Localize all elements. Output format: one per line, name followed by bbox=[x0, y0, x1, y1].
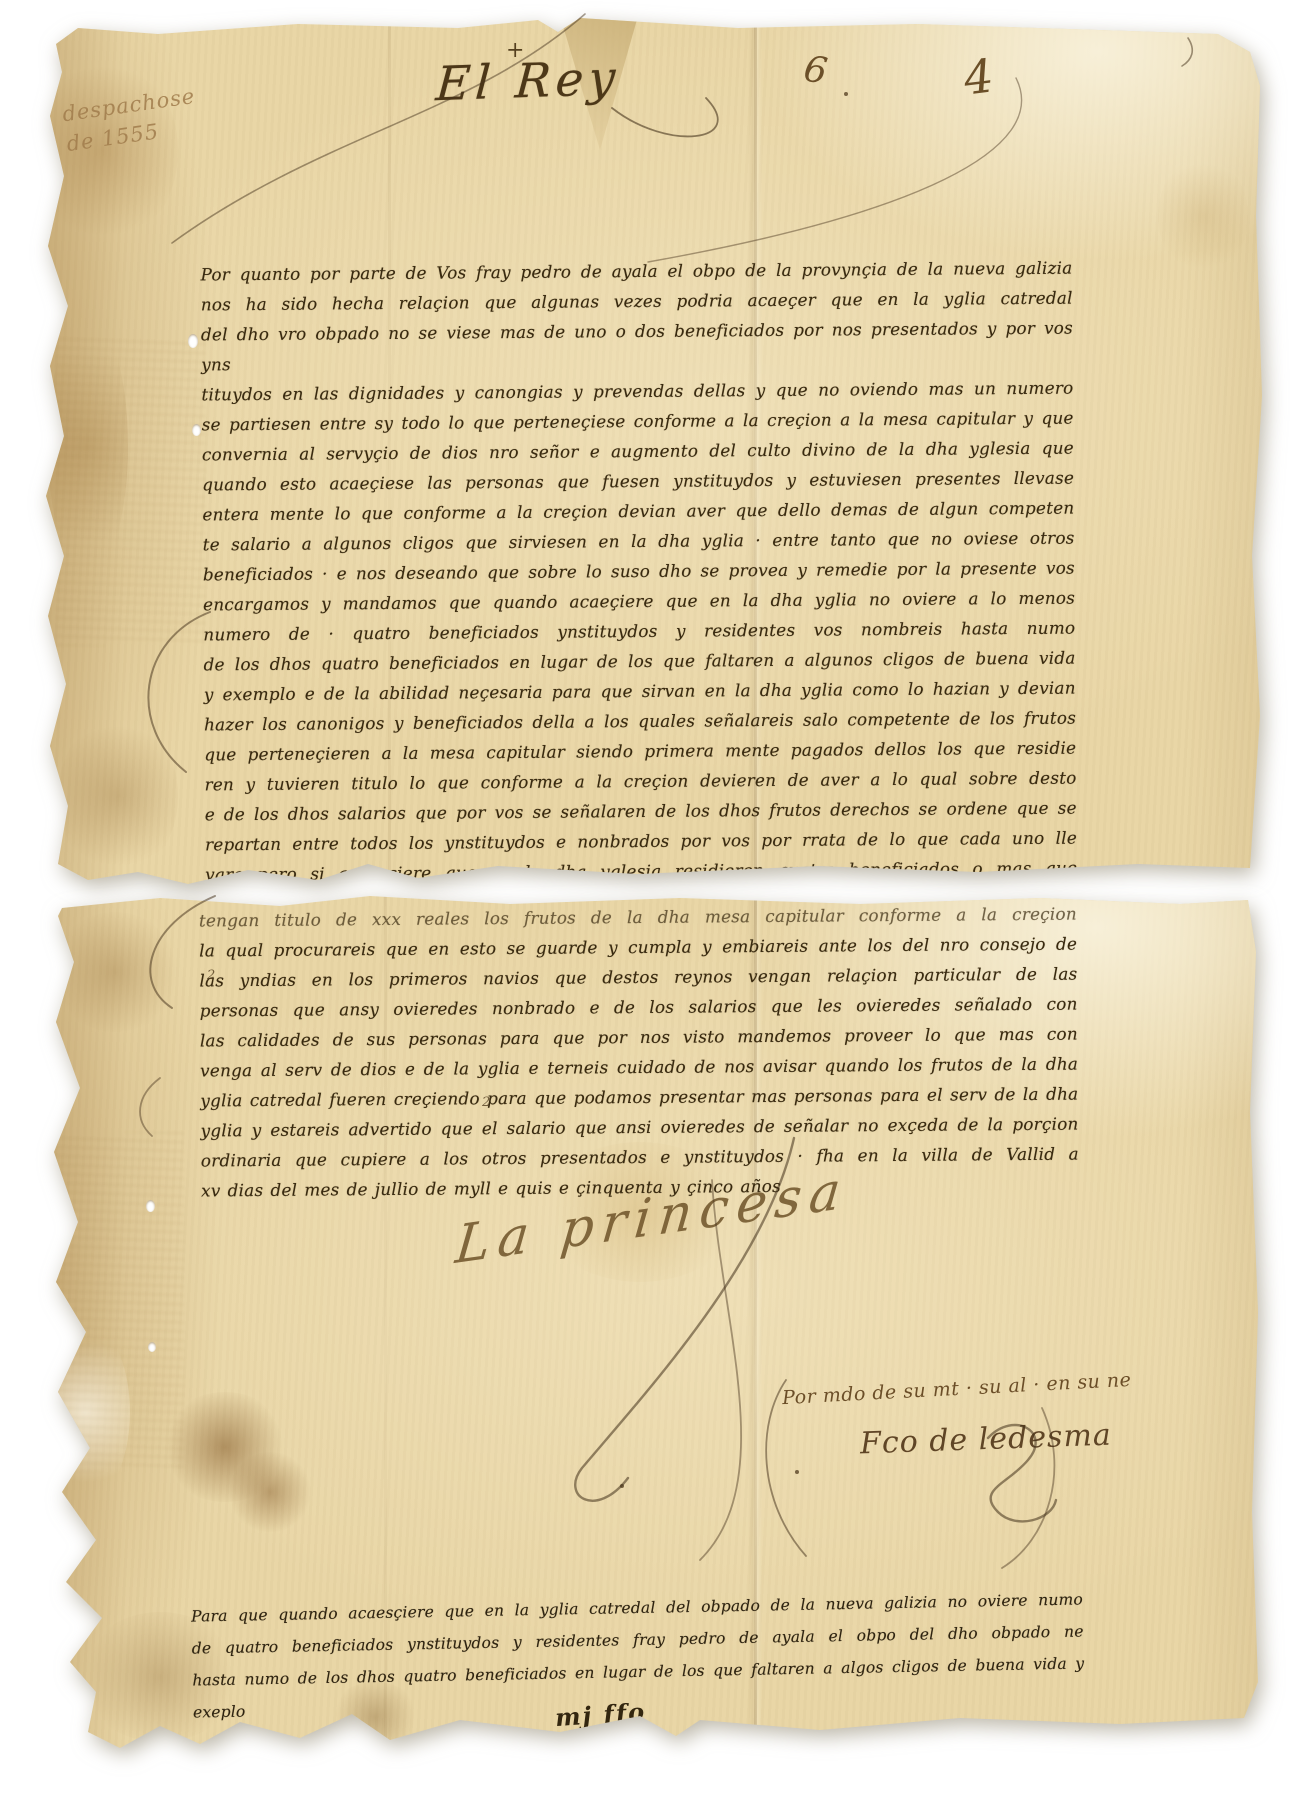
manuscript-photo: despachose de 1555 + El Rey 6 4 Por quan… bbox=[0, 0, 1315, 1793]
text-line: vare pero si acaesçiere que en la dha yg… bbox=[205, 853, 1077, 890]
text-line: del dho vro obpado no se viese mas de un… bbox=[201, 313, 1073, 380]
secretary-signature: Fco de ledesma bbox=[859, 1418, 1112, 1462]
stain bbox=[50, 912, 180, 1032]
paper-bottom-wrap: tengan titulo de xxx reales los frutos d… bbox=[40, 892, 1268, 1770]
scribal-mark: mj ffo bbox=[554, 1697, 647, 1732]
verso-show-through bbox=[54, 1132, 184, 1472]
stain bbox=[1158, 156, 1248, 276]
folio-mark: 4 bbox=[961, 48, 997, 105]
abrasion-patch bbox=[40, 1322, 130, 1502]
ink-speck bbox=[620, 1484, 624, 1488]
interlinear-numeral: 2 bbox=[482, 1095, 490, 1110]
stain bbox=[225, 1452, 315, 1532]
ink-speck bbox=[844, 92, 848, 96]
interlinear-numeral: 2 bbox=[207, 968, 215, 983]
wormhole bbox=[192, 424, 201, 436]
secretary-attestation: Por mdo de su mt · su al · en su ne bbox=[782, 1369, 1132, 1409]
folio-mark: 6 bbox=[801, 48, 830, 92]
stain bbox=[160, 1392, 290, 1502]
wormhole bbox=[148, 1342, 156, 1352]
archival-note: despachose de 1555 bbox=[60, 81, 201, 159]
ink-speck bbox=[795, 1470, 799, 1474]
body-text-upper: Por quanto por parte de Vos fray pedro d… bbox=[200, 253, 1077, 920]
stain bbox=[48, 316, 128, 576]
wormhole bbox=[188, 334, 198, 348]
wormhole bbox=[146, 1200, 155, 1212]
stain bbox=[58, 716, 178, 876]
paper-top-wrap: despachose de 1555 + El Rey 6 4 Por quan… bbox=[38, 16, 1270, 888]
body-text-lower: tengan titulo de xxx reales los frutos d… bbox=[199, 899, 1079, 1206]
document-title: El Rey bbox=[434, 51, 622, 113]
verso-show-through bbox=[56, 336, 206, 646]
paper-top-piece: despachose de 1555 + El Rey 6 4 Por quan… bbox=[38, 16, 1270, 888]
paper-bottom-piece: tengan titulo de xxx reales los frutos d… bbox=[40, 892, 1268, 1770]
